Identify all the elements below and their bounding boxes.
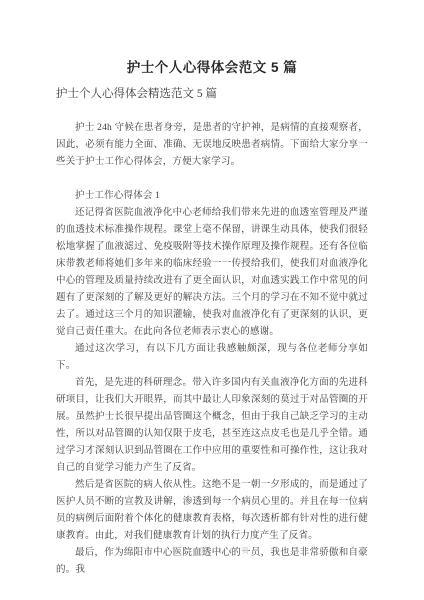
document-subtitle: 护士个人心得体会精选范文 5 篇 (56, 86, 368, 103)
body-paragraph: 还记得省医院血液净化中心老师给我们带来先进的血透室管理及严谨的血透技术标准操作规… (56, 205, 368, 341)
section-heading: 护士工作心得体会 1 (56, 188, 368, 205)
page-number-indicator: 第 1 页 共 6 页 (0, 545, 424, 556)
body-paragraph: 然后是省医院的病人依从性。这绝不是一朝一夕形成的，而是通过了医护人员不断的宣教及… (56, 477, 368, 545)
document-page: 护士个人心得体会范文 5 篇 护士个人心得体会精选范文 5 篇 护士 24h 守… (0, 0, 424, 600)
document-viewport: 护士个人心得体会范文 5 篇 护士个人心得体会精选范文 5 篇 护士 24h 守… (0, 0, 424, 600)
body-paragraph: 首先，是先进的科研理念。带入许多国内有关血液净化方面的先进科研项目，让我们大开眼… (56, 375, 368, 477)
document-title: 护士个人心得体会范文 5 篇 (56, 58, 368, 77)
intro-paragraph: 护士 24h 守候在患者身旁，是患者的守护神，是病情的直接观察者，因此，必须有能… (56, 120, 368, 171)
body-paragraph: 通过这次学习，有以下几方面让我感触颇深，现与各位老师分享如下。 (56, 341, 368, 375)
